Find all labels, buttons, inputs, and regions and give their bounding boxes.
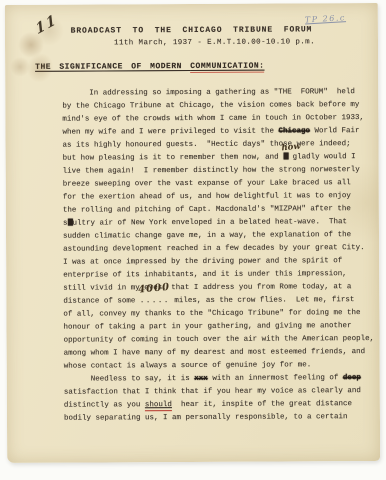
broadcast-header-line: BROADCAST TO THE CHICAGO TRIBUNE FORUM <box>5 25 378 36</box>
document-title: THE SIGNIFICANCE OF MODERN COMMUNICATION… <box>5 61 378 72</box>
document-paper: 11 TP 26.c BROADCAST TO THE CHICAGO TRIB… <box>5 3 380 463</box>
document-body: In addressing so imposing a gathering as… <box>5 86 380 426</box>
handwritten-insertion: 4000 <box>138 284 170 295</box>
title-text: THE SIGNIFICANCE OF MODERN <box>35 62 190 72</box>
ink-smudge-stain <box>23 49 58 86</box>
title-highlighted-word: COMMUNICATION: <box>190 62 264 73</box>
handwritten-insertion: how <box>281 143 301 153</box>
body-line: bodily separating us, I am personally re… <box>64 411 372 426</box>
scan-background: { "palette": { "paper": "#ece2c3", "ink"… <box>0 0 386 480</box>
body-line: among whom I have many of my dearest and… <box>64 346 372 361</box>
pencil-reference-mark: TP 26.c <box>305 13 346 24</box>
date-time-line: 11th March, 1937 - E.M.T.10.00-10.10 p.m… <box>5 38 378 48</box>
